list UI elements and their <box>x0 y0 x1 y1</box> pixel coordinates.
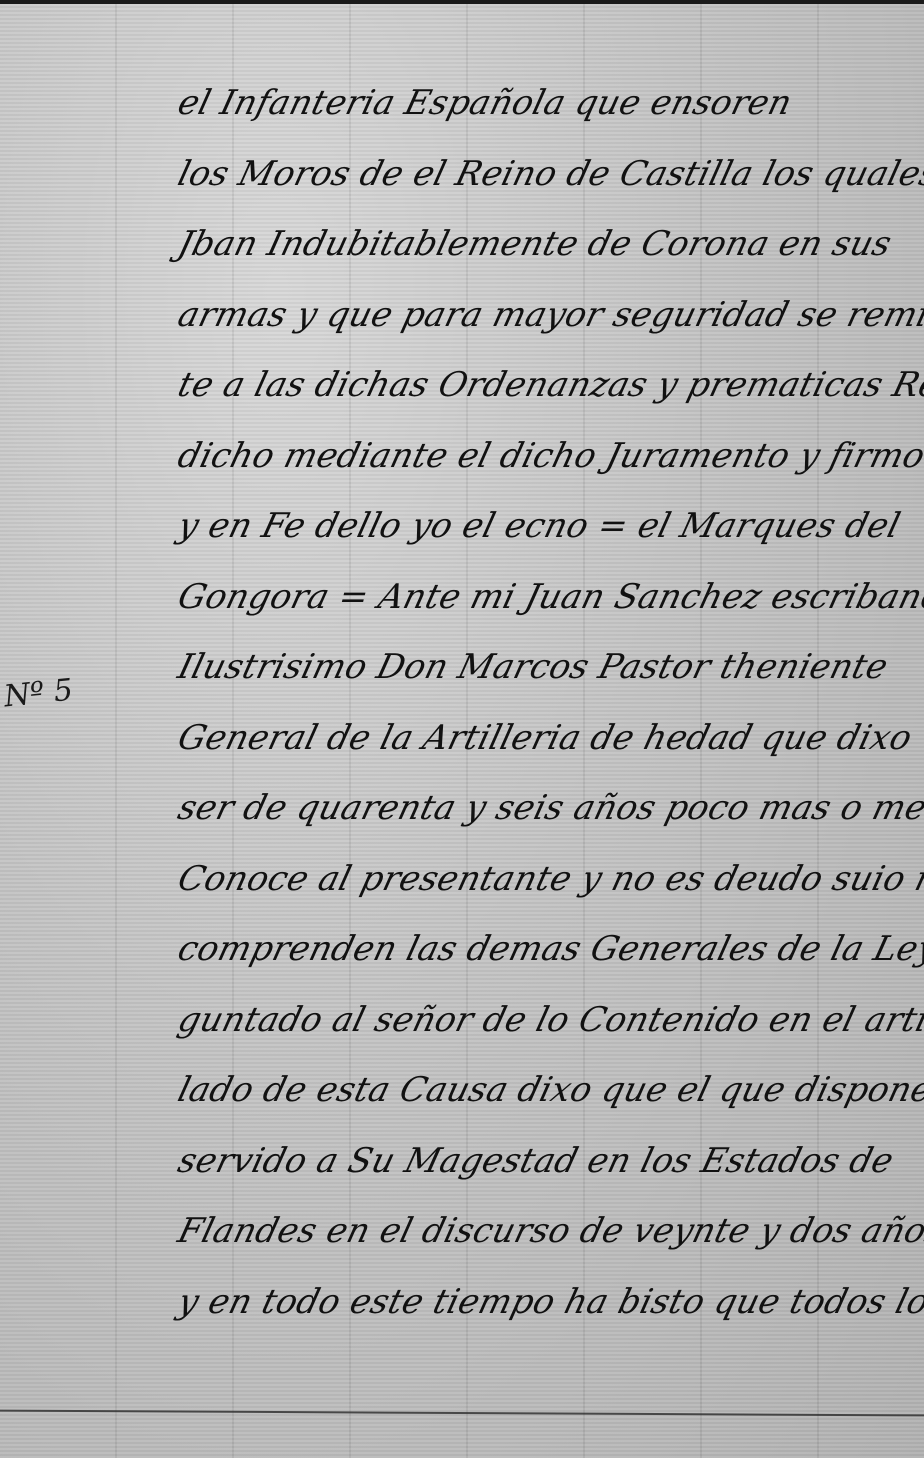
text-line: ser de quarenta y seis años poco mas o m… <box>170 773 878 844</box>
manuscript-page: Nº 5 el Infanteria Española que ensoren … <box>0 0 924 1458</box>
text-line: Jban Indubitablemente de Corona en sus <box>170 209 878 280</box>
manuscript-text: el Infanteria Española que ensoren los M… <box>170 68 860 1337</box>
margin-note: Nº 5 <box>2 672 74 714</box>
text-line: comprenden las demas Generales de la Ley… <box>170 914 878 985</box>
text-line: General de la Artilleria de hedad que di… <box>170 703 878 774</box>
page-top-edge <box>0 0 924 4</box>
text-line: guntado al señor de lo Contenido en el a… <box>170 985 878 1056</box>
text-line: los Moros de el Reino de Castilla los qu… <box>170 139 878 210</box>
text-line: lado de esta Causa dixo que el que dispo… <box>170 1055 878 1126</box>
text-line: Ilustrisimo Don Marcos Pastor theniente <box>170 632 878 703</box>
text-line: te a las dichas Ordenanzas y prematicas … <box>170 350 878 421</box>
text-line: dicho mediante el dicho Juramento y firm… <box>170 421 878 492</box>
bottom-rule-line <box>0 1410 924 1417</box>
text-line: Gongora = Ante mi Juan Sanchez escribano… <box>170 562 878 633</box>
text-line: y en todo este tiempo ha bisto que todos… <box>170 1267 878 1338</box>
text-line: armas y que para mayor seguridad se remi <box>170 280 878 351</box>
text-line: y en Fe dello yo el ecno = el Marques de… <box>170 491 878 562</box>
text-line: servido a Su Magestad en los Estados de <box>170 1126 878 1197</box>
text-line: el Infanteria Española que ensoren <box>170 68 878 139</box>
text-line: Conoce al presentante y no es deudo suio… <box>170 844 878 915</box>
text-line: Flandes en el discurso de veynte y dos a… <box>170 1196 878 1267</box>
